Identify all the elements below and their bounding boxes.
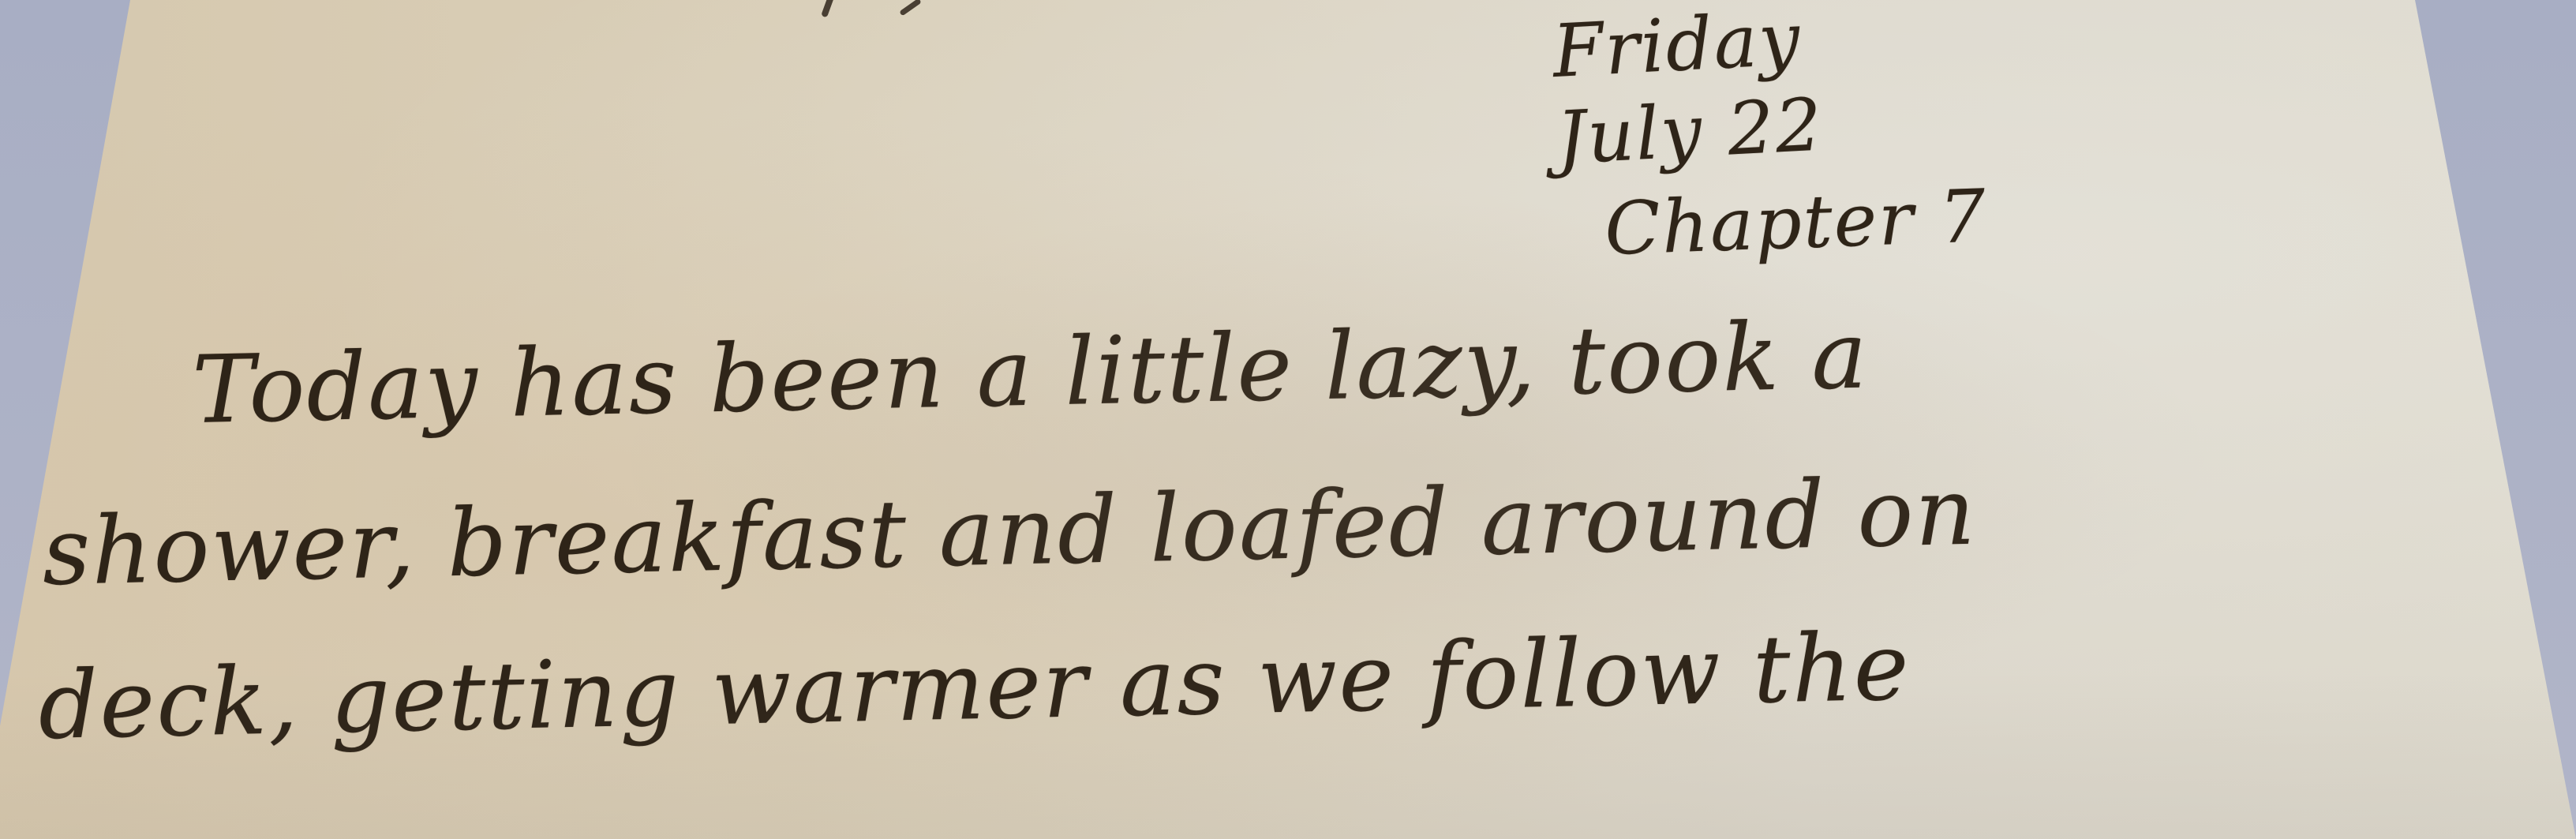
entry-date: July 22 [1555,88,1825,175]
entry-day: Friday [1551,3,1803,88]
body-line-2: shower, breakfast and loafed around on [42,465,1978,598]
cut-off-ink-stroke [899,0,922,16]
photo-scene: Friday July 22 Chapter 7 Today has been … [0,0,2576,839]
body-line-3: deck, getting warmer as we follow the [38,620,1911,752]
body-line-1: Today has been a little lazy, took a [192,309,1870,436]
entry-chapter: Chapter 7 [1604,180,1988,266]
cut-off-ink-stroke [821,0,835,17]
diary-page: Friday July 22 Chapter 7 Today has been … [0,0,2576,839]
